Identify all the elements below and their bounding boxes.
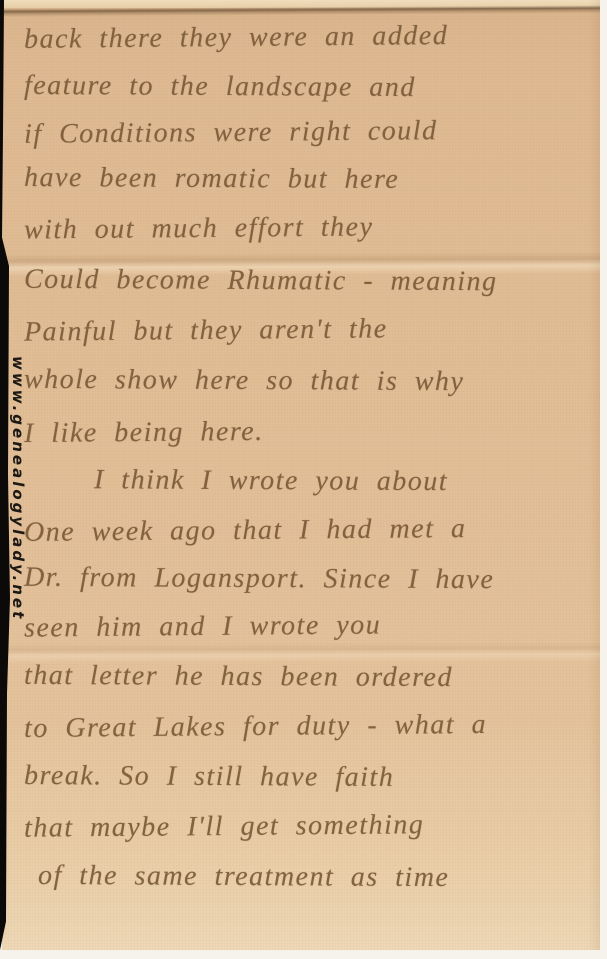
handwriting-line: back there they were an added: [24, 20, 449, 56]
handwriting-line: with out much effort they: [24, 211, 374, 246]
handwriting-line: I like being here.: [24, 416, 264, 450]
handwriting-line: I think I wrote you about: [24, 464, 448, 498]
handwriting-line: One week ago that I had met a: [24, 513, 467, 549]
handwriting-line: break. So I still have faith: [24, 760, 394, 794]
scanned-letter-page: www.genealogylady.net back there they we…: [0, 0, 607, 959]
handwriting-line: to Great Lakes for duty - what a: [24, 709, 487, 745]
handwriting-line: Painful but they aren't the: [24, 313, 388, 348]
handwriting-line: Could become Rhumatic - meaning: [24, 264, 498, 298]
handwriting-line: if Conditions were right could: [24, 115, 438, 151]
handwriting-line: that maybe I'll get something: [24, 809, 425, 844]
scan-margin-right: [600, 0, 607, 959]
handwriting-line: whole show here so that is why: [24, 364, 465, 398]
handwriting-line: of the same treatment as time: [24, 860, 450, 894]
handwriting-line: feature to the landscape and: [24, 70, 416, 104]
handwriting-line: that letter he has been ordered: [24, 660, 453, 694]
handwriting-block: back there they were an added feature to…: [24, 0, 587, 959]
handwriting-line: seen him and I wrote you: [24, 609, 382, 644]
handwriting-line: Dr. from Logansport. Since I have: [24, 562, 495, 596]
paper-edge-shadow: [588, 0, 600, 959]
handwriting-line: have been romatic but here: [24, 162, 399, 196]
